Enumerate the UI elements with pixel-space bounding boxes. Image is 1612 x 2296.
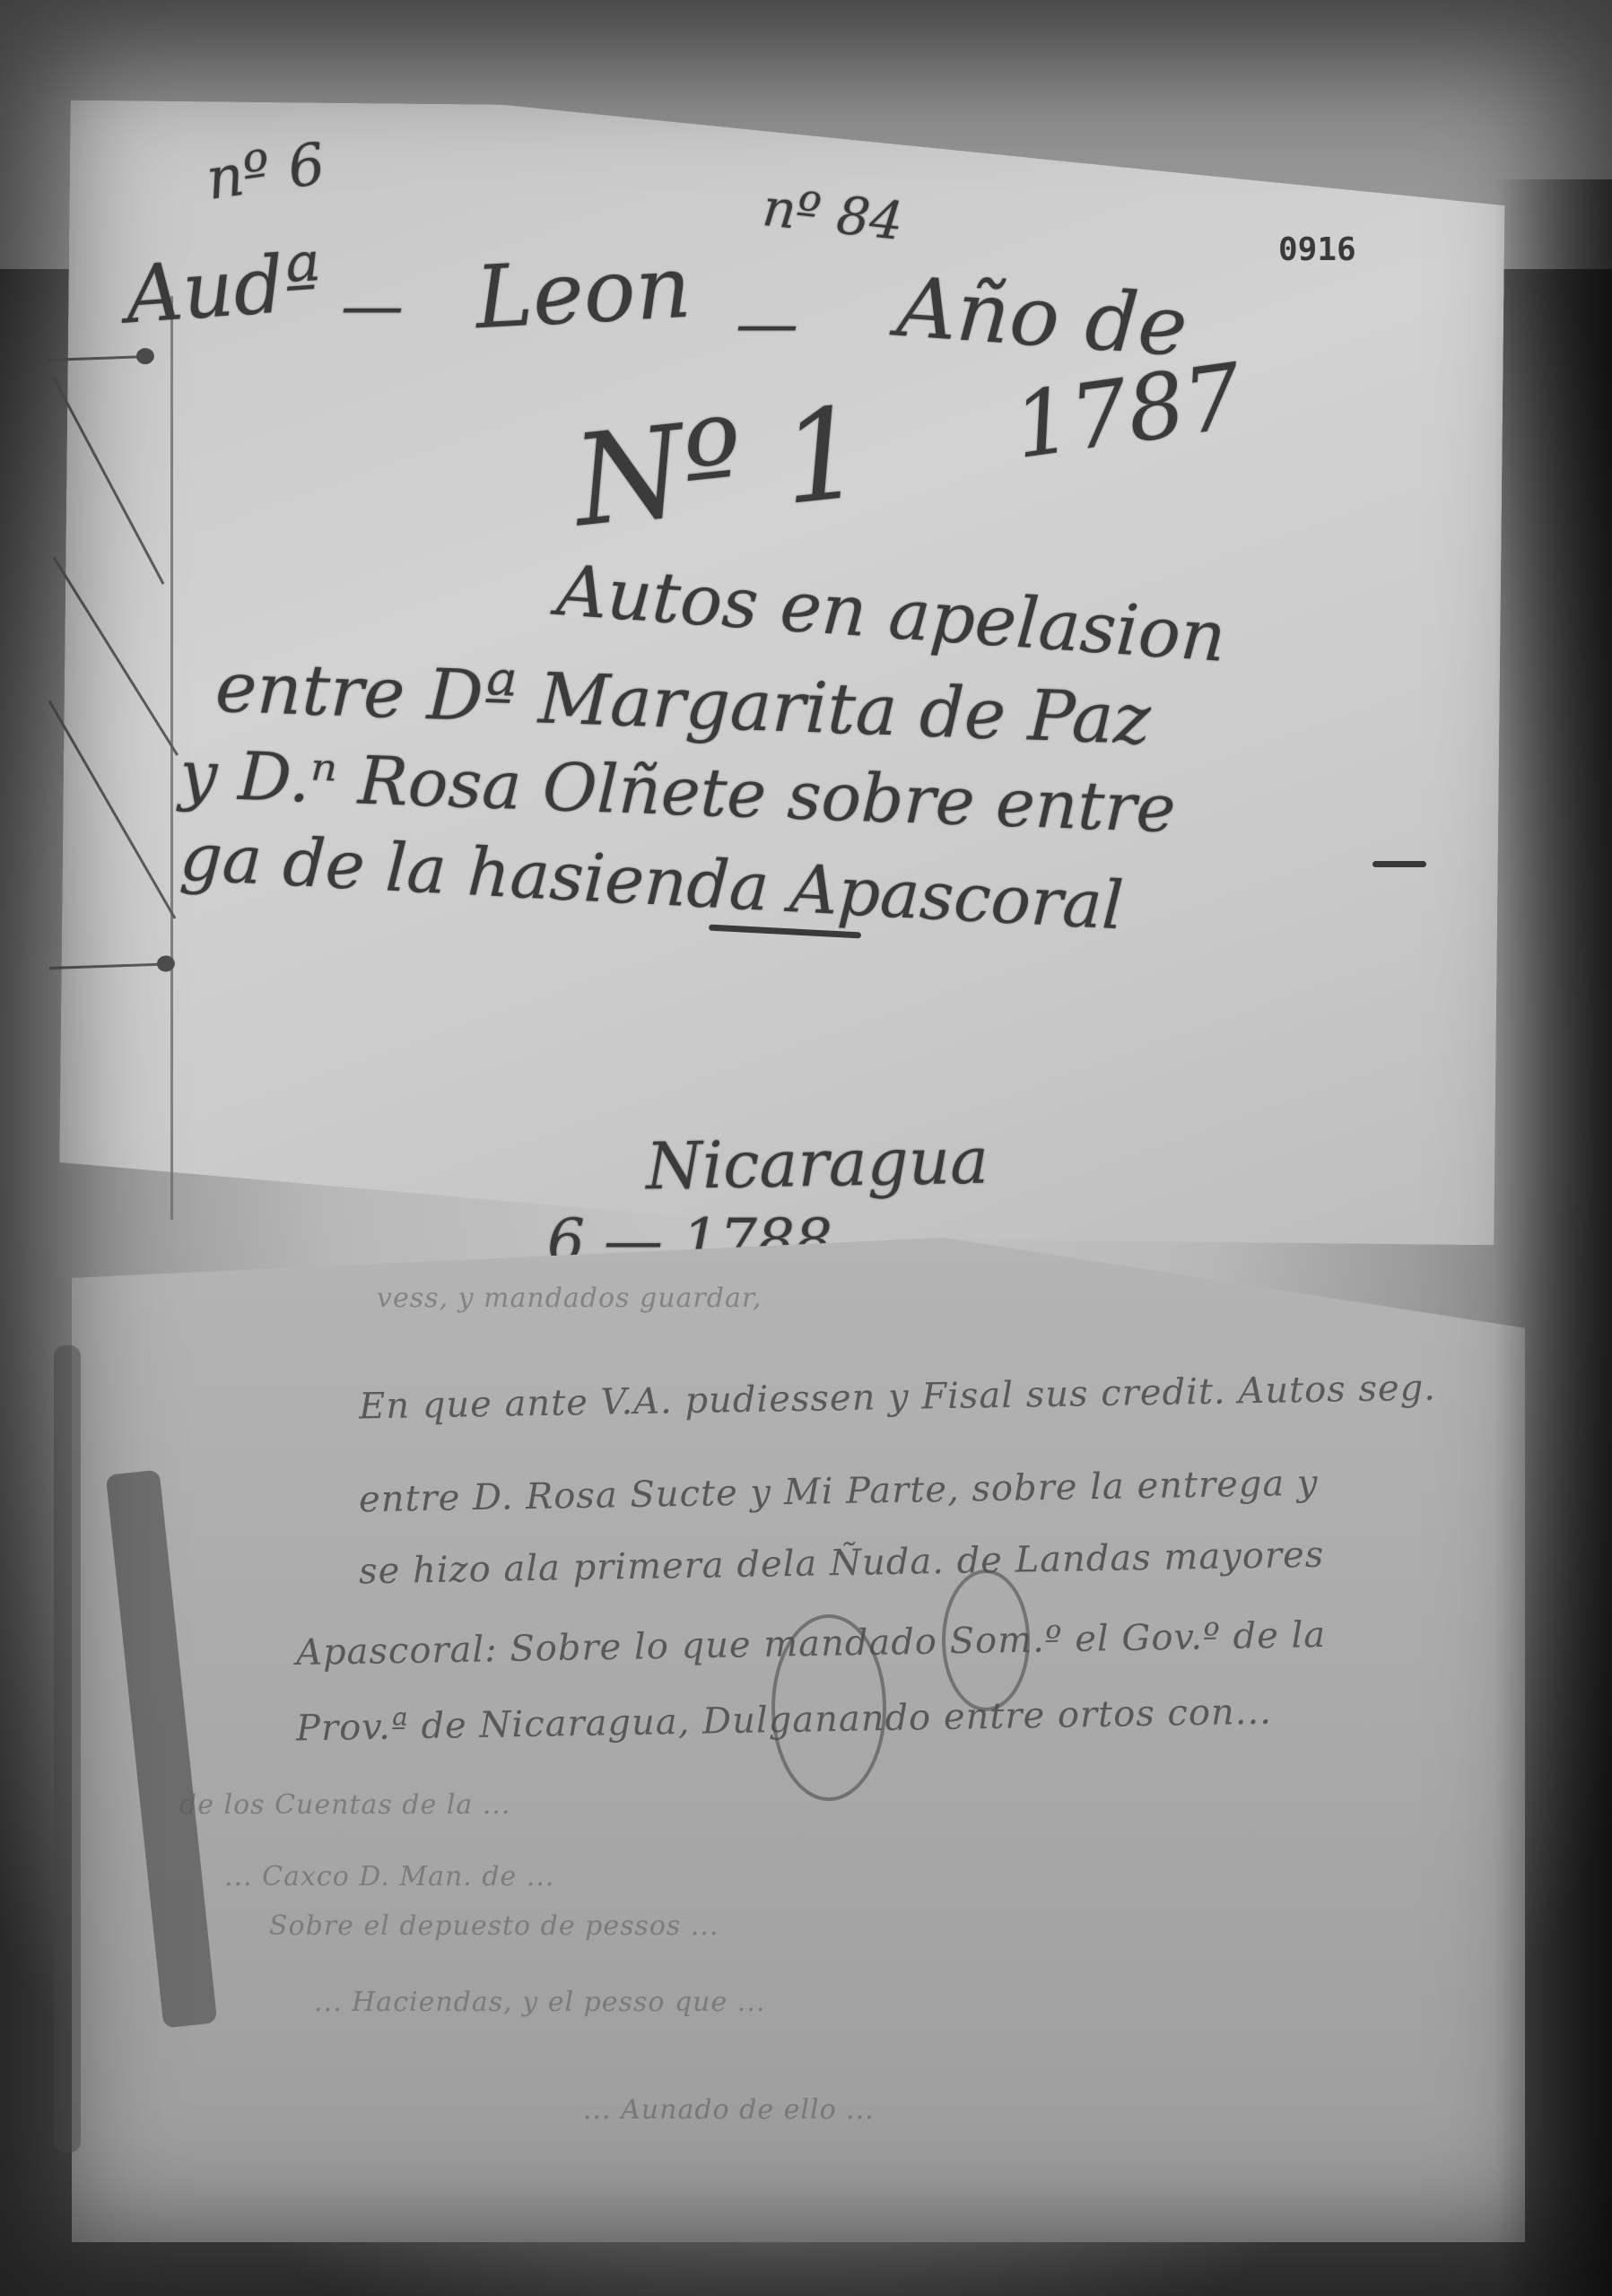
- manuscript-line: vess, y mandados guardar,: [377, 1283, 762, 1314]
- heading-dash: —: [341, 269, 404, 343]
- manuscript-line: ... Caxco D. Man. de ...: [224, 1861, 554, 1892]
- manuscript-line: ... Haciendas, y el pesso que ...: [314, 1987, 765, 2018]
- manuscript-line: Sobre el depuesto de pessos ...: [269, 1910, 719, 1942]
- heading-dash: —: [736, 287, 798, 361]
- binding-strip: [54, 1345, 81, 2152]
- underline-mark: [1372, 861, 1426, 867]
- signature-flourish: [942, 1570, 1030, 1711]
- heading-audiencia: Audª: [123, 236, 325, 342]
- place-name: Nicaragua: [645, 1123, 989, 1205]
- cover-margin-rule: [170, 296, 173, 1220]
- archive-number: 0916: [1278, 231, 1356, 268]
- heading-leon: Leon: [473, 237, 693, 348]
- manuscript-line: de los Cuentas de la ...: [179, 1789, 510, 1821]
- manuscript-line: ... Aunado de ello ...: [583, 2094, 875, 2126]
- file-number: Nº 1: [567, 380, 869, 556]
- signature-flourish: [771, 1614, 886, 1801]
- page-edge-shadow: [1495, 179, 1612, 2296]
